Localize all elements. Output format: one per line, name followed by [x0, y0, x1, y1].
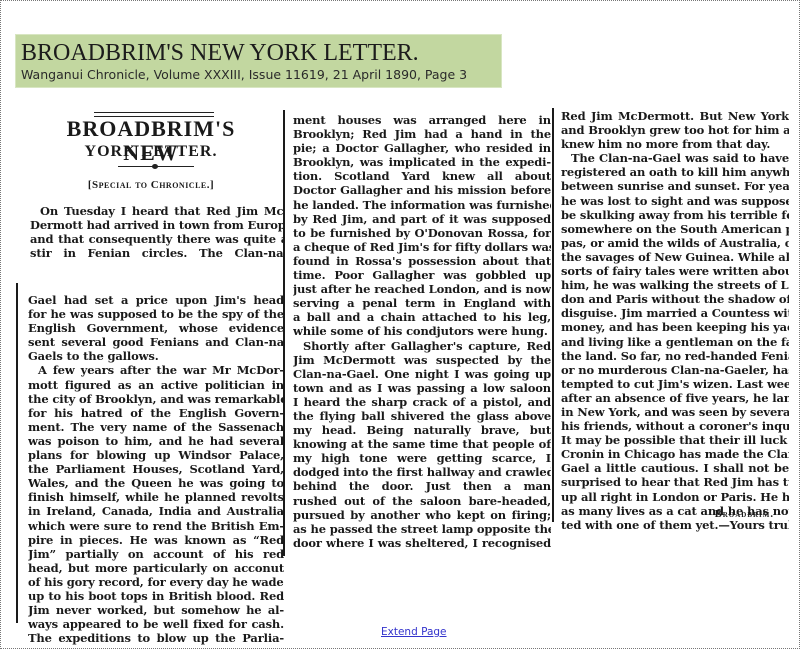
text-line: ways appeared to be well fixed for cash. — [28, 617, 284, 631]
text-line: a cheque of Red Jim's for fifty dollars … — [293, 240, 551, 254]
column1-bottom-text: Gael had set a price upon Jim's head for… — [28, 293, 284, 645]
text-line: surprised to hear that Red Jim has turne… — [561, 475, 789, 489]
text-line: Jim never worked, but somehow he al- — [28, 603, 284, 617]
text-line: he landed. The information was furnished — [293, 198, 551, 212]
text-line: Jim McDermott was suspected by the — [293, 353, 551, 367]
text-line: It may be possible that their ill luck w… — [561, 433, 789, 447]
text-line: somewhere on the South American pam- — [561, 222, 789, 236]
text-line: door where I was sheltered, I recognised — [293, 536, 551, 550]
text-line: for he was supposed to be the spy of the — [28, 307, 284, 321]
newspaper-clip-column2: ment houses was arranged here in Brookly… — [283, 110, 555, 556]
text-line: ment. The very name of the Sassenach — [28, 420, 284, 434]
text-line: sorts of fairy tales were written about — [561, 264, 789, 278]
text-line: disguise. Jim married a Countess with — [561, 306, 789, 320]
text-line: the city of Brooklyn, and was remarkable — [28, 392, 284, 406]
author-signature: Broadbrim. — [715, 509, 774, 520]
text-line: pie; a Doctor Gallagher, who resided in — [293, 141, 551, 155]
text-line: in New York, and was seen by several of — [561, 405, 789, 419]
text-line: The Clan-na-Gael was said to have — [561, 151, 789, 165]
text-line: be skulking away from his terrible foes — [561, 208, 789, 222]
text-line: don and Paris without the shadow of a — [561, 292, 789, 306]
text-line: pursued by another who kept on firing; — [293, 508, 551, 522]
text-line: pas, or amid the wilds of Australia, or — [561, 236, 789, 250]
text-line: for his hatred of the English Govern- — [28, 406, 284, 420]
text-line: he was lost to sight and was supposed to — [561, 194, 789, 208]
text-line: behind the door. Just then a man — [293, 479, 551, 493]
text-line: his friends, without a coroner's inquest… — [561, 419, 789, 433]
newspaper-clip-masthead: BROADBRIM'S NEW YORK LETTER. [Special to… — [16, 100, 284, 280]
text-line: head, but more particularly on acconut — [28, 561, 284, 575]
extend-page-link[interactable]: Extend Page — [381, 626, 447, 638]
text-line: tion. Scotland Yard knew all about — [293, 169, 551, 183]
text-line: money, and has been keeping his yacht, — [561, 320, 789, 334]
article-citation: Wanganui Chronicle, Volume XXXIII, Issue… — [21, 67, 467, 83]
text-line: which were sure to rend the British Em- — [28, 519, 284, 533]
text-line: while some of his condjutors were hung. — [293, 324, 551, 338]
column3-text: Red Jim McDermott. But New York and Broo… — [561, 109, 789, 532]
text-line: after an absence of five years, he lande… — [561, 391, 789, 405]
column2-text: ment houses was arranged here in Brookly… — [293, 113, 551, 550]
text-line: On Tuesday I heard that Red Jim Mc- — [30, 204, 288, 218]
text-line: registered an oath to kill him anywhere — [561, 165, 789, 179]
text-line: up all right in London or Paris. He has — [561, 490, 789, 504]
text-line: English Government, whose evidence — [28, 321, 284, 335]
text-line: found in Rossa's possession about that — [293, 254, 551, 268]
dateline: [Special to Chronicle.] — [36, 179, 266, 191]
text-line: The expeditions to blow up the Parlia- — [28, 631, 284, 645]
text-line: a ball and a chain attached to his leg, — [293, 310, 551, 324]
text-line: Brooklyn; Red Jim had a hand in the — [293, 127, 551, 141]
text-line: and Brooklyn grew too hot for him and — [561, 123, 789, 137]
text-line: dodged into the first hallway and crawle… — [293, 465, 551, 479]
text-line: Cronin in Chicago has made the Clan-na- — [561, 447, 789, 461]
text-line: the Parliament Houses, Scotland Yard, — [28, 462, 284, 476]
text-line: my head. Being naturally brave, but — [293, 423, 551, 437]
text-line: by Red Jim, and part of it was supposed — [293, 212, 551, 226]
text-line: Shortly after Gallagher's capture, Red — [293, 339, 551, 353]
article-title: BROADBRIM'S NEW YORK LETTER. — [21, 40, 419, 66]
text-line: Gaels to the gallows. — [28, 349, 284, 363]
text-line: Gael a little cautious. I shall not be — [561, 461, 789, 475]
masthead-title-line2: YORK LETTER. — [36, 143, 266, 161]
ornament-divider — [118, 166, 194, 167]
text-line: I heard the sharp crack of a pistol, and — [293, 395, 551, 409]
text-line: Dermott had arrived in town from Europe, — [30, 218, 288, 232]
text-line: the flying ball shivered the glass above — [293, 409, 551, 423]
text-line: ment houses was arranged here in — [293, 113, 551, 127]
text-line: to be furnished by O'Donovan Rossa, for — [293, 226, 551, 240]
text-line: just after he reached London, and is now — [293, 282, 551, 296]
text-line: as he passed the street lamp opposite th… — [293, 522, 551, 536]
text-line: serving a penal term in England with — [293, 296, 551, 310]
text-line: in Ireland, Canada, India and Australia — [28, 504, 284, 518]
text-line: Jim” partially on account of his red — [28, 547, 284, 561]
text-line: finish himself, while he planned revolts — [28, 490, 284, 504]
text-line: A few years after the war Mr McDor- — [28, 363, 284, 377]
text-line: time. Poor Gallagher was gobbled up — [293, 268, 551, 282]
text-line: the savages of New Guinea. While all — [561, 250, 789, 264]
text-line: Gael had set a price upon Jim's head — [28, 293, 284, 307]
newspaper-clip-column1: Gael had set a price upon Jim's head for… — [16, 283, 288, 623]
text-line: stir in Fenian circles. The Clan-na- — [30, 246, 288, 260]
text-line: mott figured as an active politician in — [28, 378, 284, 392]
text-line: Red Jim McDermott. But New York — [561, 109, 789, 123]
text-line: Doctor Gallagher and his mission before — [293, 183, 551, 197]
article-header: BROADBRIM'S NEW YORK LETTER. Wanganui Ch… — [16, 35, 501, 87]
column1-top-text: On Tuesday I heard that Red Jim Mc- Derm… — [30, 204, 288, 260]
text-line: of his gory record, for every day he wad… — [28, 575, 284, 589]
text-line: him, he was walking the streets of Lon- — [561, 278, 789, 292]
text-line: sent several good Fenians and Clan-na — [28, 335, 284, 349]
text-line: Brooklyn, was implicated in the expedi- — [293, 155, 551, 169]
text-line: or no murderous Clan-na-Gaeler, has at- — [561, 363, 789, 377]
text-line: rushed out of the saloon bare-headed, — [293, 494, 551, 508]
newspaper-clip-column3: Red Jim McDermott. But New York and Broo… — [552, 108, 794, 522]
text-line: tempted to cut Jim's wizen. Last week — [561, 377, 789, 391]
text-line: Wales, and the Queen he was going to — [28, 476, 284, 490]
text-line: Clan-na-Gael. One night I was going up — [293, 367, 551, 381]
text-line: plans for blowing up Windsor Palace, — [28, 448, 284, 462]
text-line: and living like a gentleman on the fat o… — [561, 335, 789, 349]
text-line: and that consequently there was quite a — [30, 232, 288, 246]
text-line: was poison to him, and he had several — [28, 434, 284, 448]
text-line: up to his boot tops in British blood. Re… — [28, 589, 284, 603]
text-line: between sunrise and sunset. For years — [561, 179, 789, 193]
text-line: knowing at the same time that people of — [293, 437, 551, 451]
text-line: my high tone were getting scarce, I — [293, 451, 551, 465]
text-line: town and as I was passing a low saloon — [293, 381, 551, 395]
text-line: knew him no more from that day. — [561, 137, 789, 151]
text-line: the land. So far, no red-handed Fenian — [561, 349, 789, 363]
text-line: pire in pieces. He was known as “Red — [28, 533, 284, 547]
